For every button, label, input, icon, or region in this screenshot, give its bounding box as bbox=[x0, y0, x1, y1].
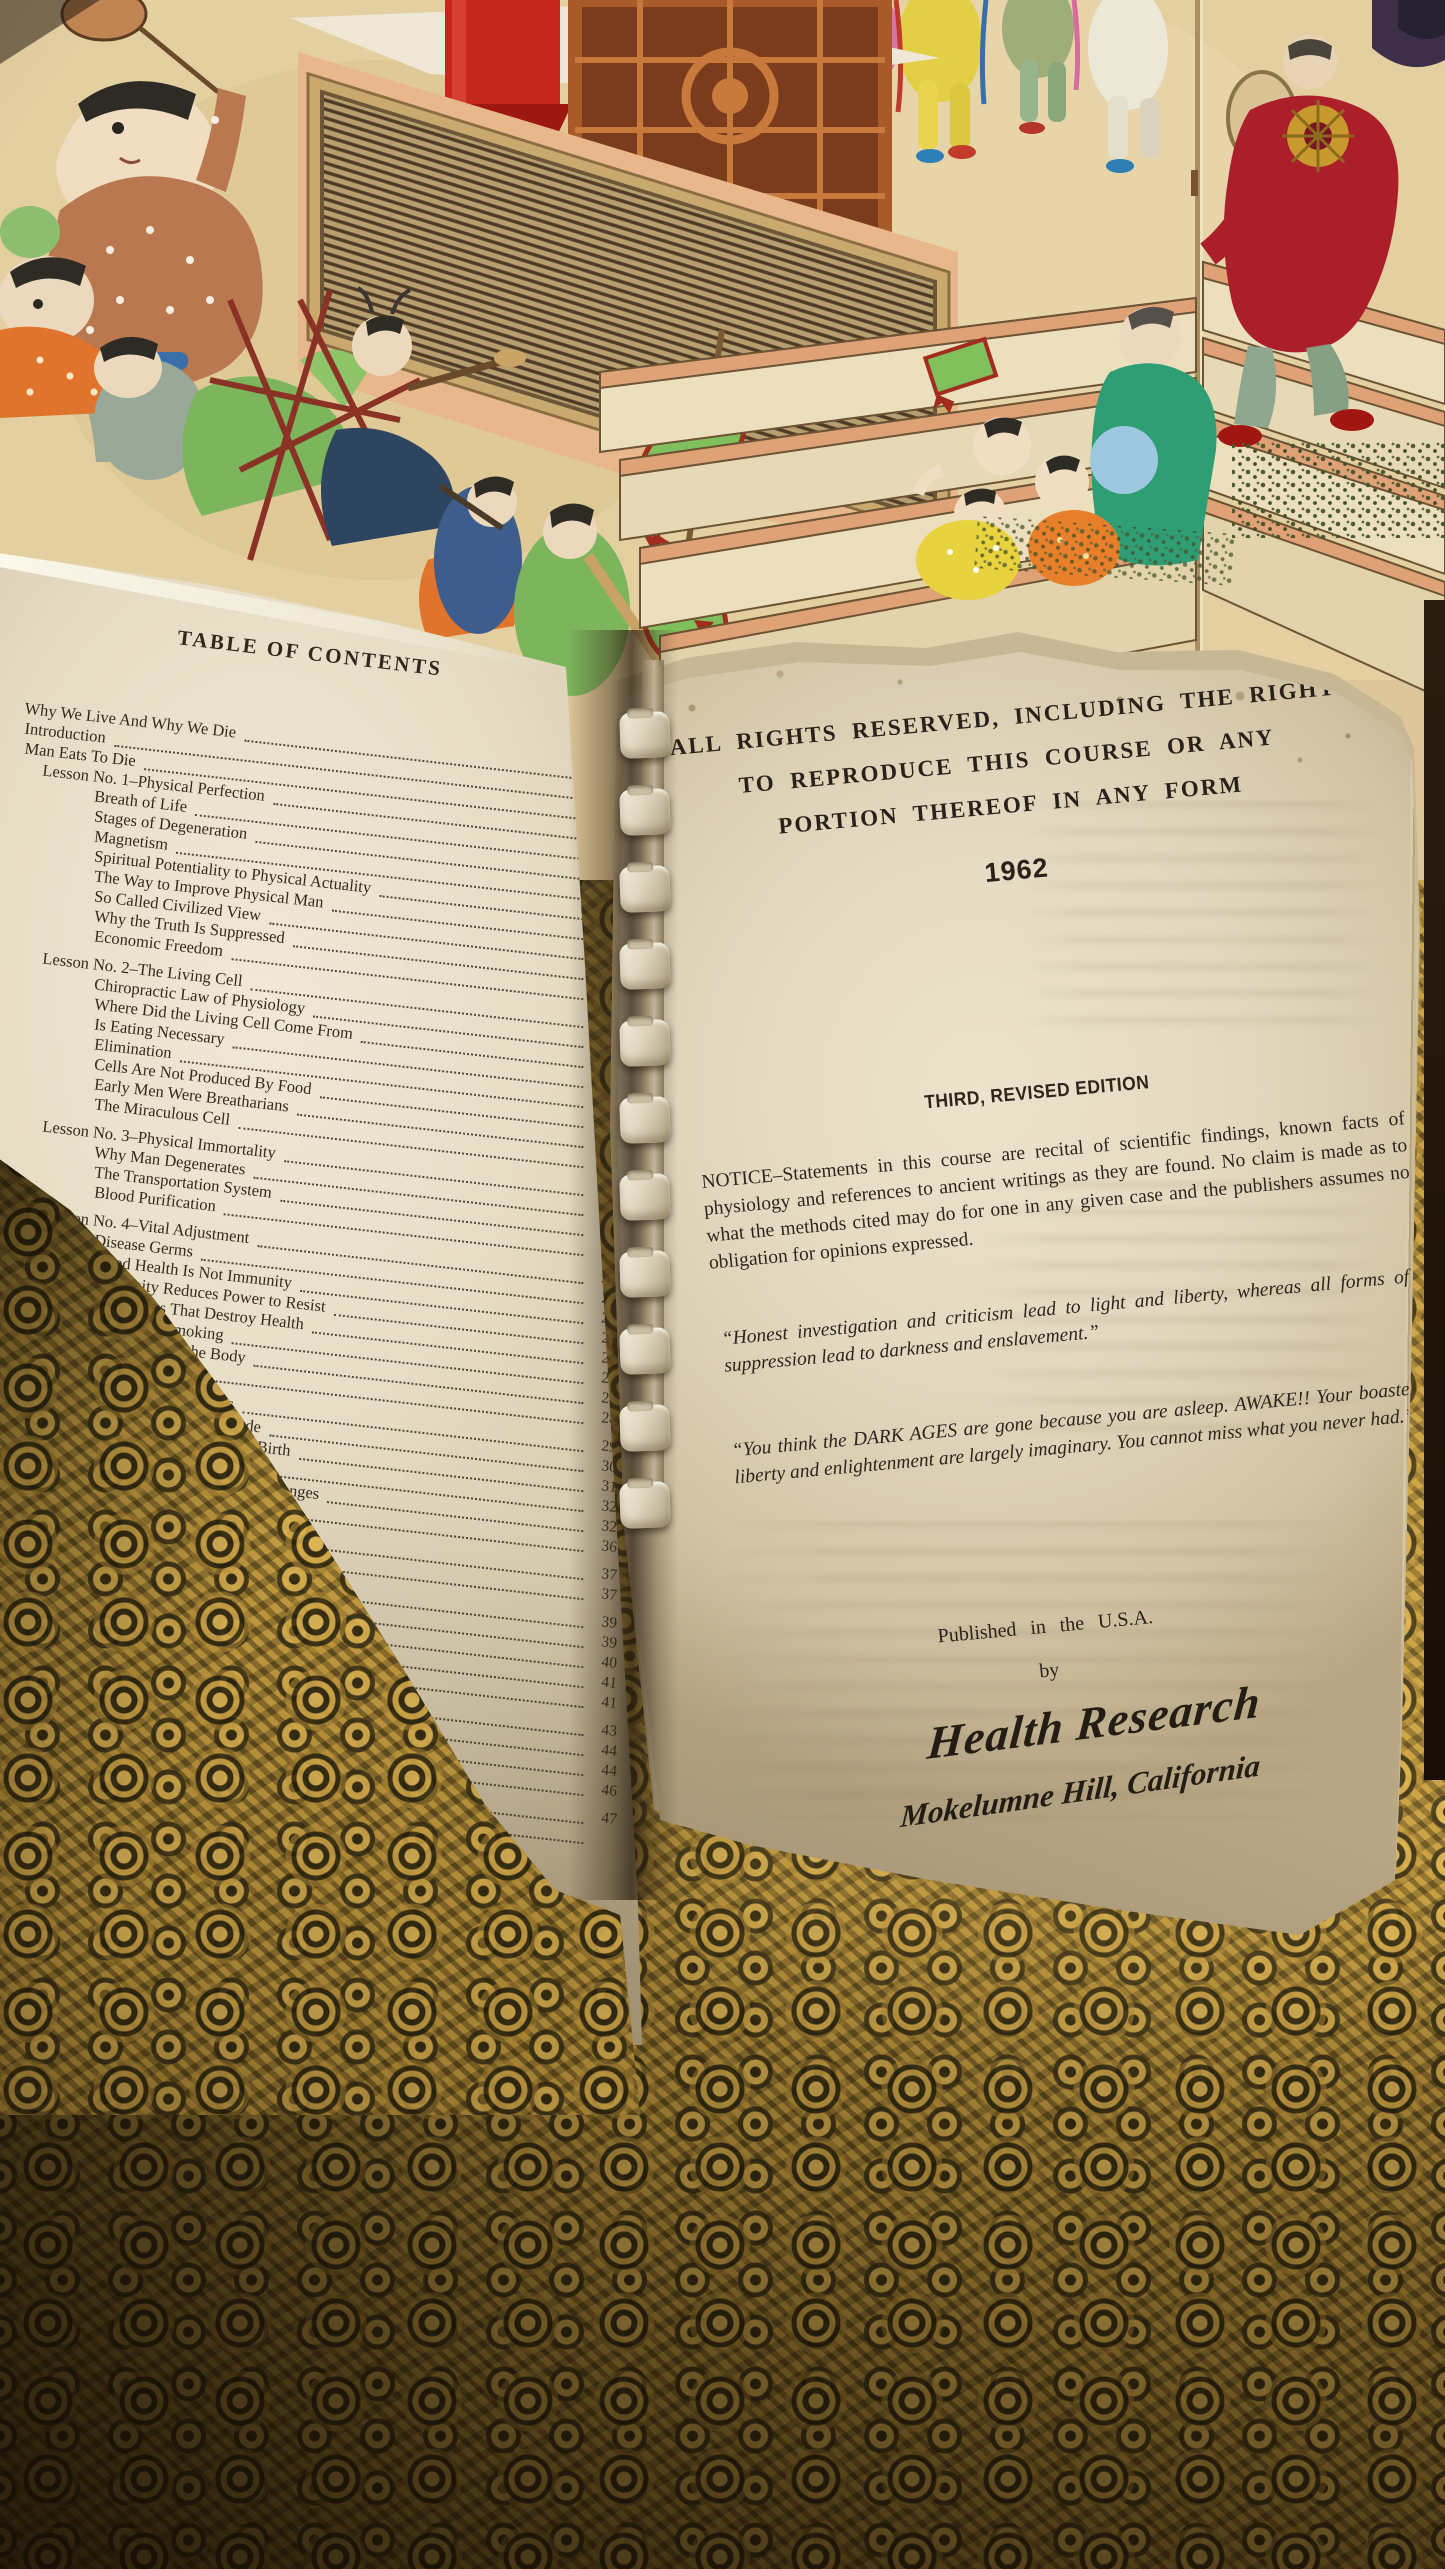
comb-binding bbox=[612, 660, 688, 1560]
comb-loop bbox=[619, 788, 671, 836]
comb-loop bbox=[619, 1096, 671, 1144]
rights-page-text: ALL RIGHTS RESERVED, INCLUDING THE RIGHT… bbox=[628, 611, 1445, 1946]
comb-loop bbox=[619, 1250, 671, 1298]
rights-page: ALL RIGHTS RESERVED, INCLUDING THE RIGHT… bbox=[600, 640, 1445, 1970]
moss-speckles bbox=[1232, 442, 1445, 538]
comb-loop bbox=[619, 711, 671, 759]
comb-loop bbox=[619, 1019, 671, 1067]
notice-paragraph: NOTICE–Statements in this course are rec… bbox=[700, 1105, 1413, 1277]
shadow-right-of-book bbox=[1424, 600, 1445, 1780]
quote-honest-investigation: “Honest investigation and criticism lead… bbox=[721, 1263, 1413, 1379]
comb-loop bbox=[619, 1327, 671, 1375]
comb-loop bbox=[619, 942, 671, 990]
comb-loop bbox=[619, 1481, 671, 1529]
comb-loop bbox=[619, 865, 671, 913]
rights-reserved-heading: ALL RIGHTS RESERVED, INCLUDING THE RIGHT… bbox=[652, 664, 1361, 859]
comb-loop bbox=[619, 1173, 671, 1221]
quote-dark-ages: “You think the DARK AGES are gone becaus… bbox=[731, 1375, 1423, 1491]
photo-of-open-book: ALL RIGHTS RESERVED, INCLUDING THE RIGHT… bbox=[0, 0, 1445, 2569]
comb-loop bbox=[619, 1404, 671, 1452]
